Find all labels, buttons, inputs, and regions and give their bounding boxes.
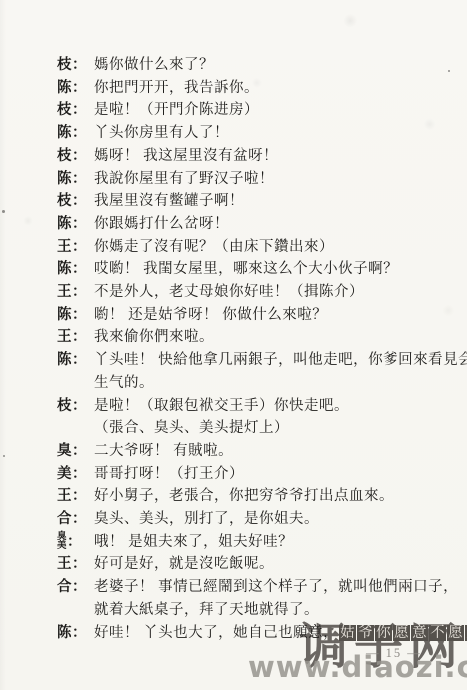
dialogue-text: 媽你做什么來了？	[94, 54, 461, 77]
speaker-label: 枝：	[57, 145, 94, 168]
dialogue-text: 就着大紙桌子，拜了天地就得了。	[94, 599, 461, 622]
speaker-label: 陈：	[57, 168, 94, 191]
dialogue-text: 哦！ 是姐夫來了，姐夫好哇？	[94, 531, 461, 554]
speaker-label: 枝：	[57, 54, 94, 77]
watermark-obscured-character: 意	[411, 625, 428, 641]
script-line: 合：臭头、美头，別打了，是你姐夫。	[57, 508, 461, 531]
dialogue-text: 哎喲！ 我閨女屋里，哪來这么个大小伙子啊？	[94, 258, 461, 281]
speaker-label: 美：	[57, 463, 94, 486]
script-line: 枝：媽呀！ 我这屋里沒有盆呀！	[57, 145, 461, 168]
dialogue-text: 喲！ 还是姑爷呀！ 你做什么來啦？	[94, 304, 461, 327]
script-line: 王：好可是好，就是沒吃飯呢。	[57, 553, 461, 576]
script-line: 合：老婆子！ 事情已經鬧到这个样子了，就叫他們兩口子，	[57, 576, 461, 599]
script-lines: 枝：媽你做什么來了？陈：你把門开开，我告訴你。枝：是啦！（开門介陈进房）陈：丫头…	[57, 54, 461, 644]
script-line: 陈：你把門开开，我告訴你。	[57, 77, 461, 100]
script-line: 臭：二大爷呀！ 有賊啦。	[57, 440, 461, 463]
speaker-label: 陈：	[57, 77, 94, 100]
speaker-label: 陈：	[57, 213, 94, 236]
script-line: 陈：你跟媽打什么岔呀！	[57, 213, 461, 236]
dialogue-text: 我說你屋里有了野汉子啦！	[94, 168, 461, 191]
script-line: 枝：媽你做什么來了？	[57, 54, 461, 77]
speaker-label: 陈：	[57, 122, 94, 145]
script-line: 陈：哎喲！ 我閨女屋里，哪來这么个大小伙子啊？	[57, 258, 461, 281]
script-line: 王：不是外人，老丈母娘你好哇！（揖陈介）	[57, 281, 461, 304]
dialogue-text: 好哇！ 丫头也大了，她自己也願意，姑爷你愿意不愿意	[94, 622, 467, 645]
dialogue-text: 不是外人，老丈母娘你好哇！（揖陈介）	[94, 281, 461, 304]
script-line: 美：哥哥打呀！（打王介）	[57, 463, 461, 486]
dialogue-text: 媽呀！ 我这屋里沒有盆呀！	[94, 145, 461, 168]
script-line: 王：我來偷你們來啦。	[57, 326, 461, 349]
speaker-label: 臭：	[57, 440, 94, 463]
dialogue-text: 好小舅子，老張合，你把穷爷爷打出点血來。	[94, 485, 461, 508]
script-line: 陈：我說你屋里有了野汉子啦！	[57, 168, 461, 191]
script-line: 枝：是啦！（取銀包袱交王手）你快走吧。	[57, 395, 461, 418]
dialogue-text: 哥哥打呀！（打王介）	[94, 463, 461, 486]
script-line: 陈：喲！ 还是姑爷呀！ 你做什么來啦？	[57, 304, 461, 327]
watermark-url-text: www.diaozi.com	[248, 650, 467, 684]
speaker-label: 合：	[57, 576, 94, 599]
speaker-label: 王：	[57, 485, 94, 508]
dialogue-text: 丫头哇！ 快給他拿几兩銀子，叫他走吧，你爹回來看見会	[94, 349, 467, 372]
watermark-obscured-character: 愿	[447, 625, 464, 641]
dialogue-text: 二大爷呀！ 有賊啦。	[94, 440, 461, 463]
dialogue-text: 你媽走了沒有呢？（由床下鑽出來）	[94, 236, 461, 259]
script-line-continuation: 生气的。	[57, 372, 461, 395]
dialogue-text: 好可是好，就是沒吃飯呢。	[94, 553, 461, 576]
dialogue-text: 是啦！（开門介陈进房）	[94, 99, 461, 122]
dialogue-text: 我屋里沒有鳖罐子啊！	[94, 190, 461, 213]
speaker-label: 陈：	[57, 622, 94, 645]
script-line: 陈：丫头哇！ 快給他拿几兩銀子，叫他走吧，你爹回來看見会	[57, 349, 461, 372]
dialogue-text: 丫头你房里有人了！	[94, 122, 461, 145]
scan-speck	[2, 210, 5, 213]
speaker-label: 枝：	[57, 99, 94, 122]
speaker-label: 王：	[57, 326, 94, 349]
script-line: 枝：是啦！（开門介陈进房）	[57, 99, 461, 122]
stacked-speaker-names: 臭美	[57, 533, 67, 552]
dialogue-text: 你跟媽打什么岔呀！	[94, 213, 461, 236]
script-line: 王：好小舅子，老張合，你把穷爷爷打出点血來。	[57, 485, 461, 508]
watermark-obscured-character: 爷	[357, 625, 374, 641]
speaker-label: 陈：	[57, 258, 94, 281]
speaker-label: 王：	[57, 236, 94, 259]
speaker-label: 王：	[57, 281, 94, 304]
speaker-label: 枝：	[57, 190, 94, 213]
speaker-label: 枝：	[57, 395, 94, 418]
dialogue-text: 你把門开开，我告訴你。	[94, 77, 461, 100]
scan-speck	[3, 455, 5, 457]
script-line-continuation: 就着大紙桌子，拜了天地就得了。	[57, 599, 461, 622]
dialogue-text: 我來偷你們來啦。	[94, 326, 461, 349]
watermark-obscured-character: 姑	[339, 625, 356, 641]
speaker-label: 臭美：	[57, 531, 94, 554]
script-line: 王：你媽走了沒有呢？（由床下鑽出來）	[57, 236, 461, 259]
script-line: 陈：好哇！ 丫头也大了，她自己也願意，姑爷你愿意不愿意	[57, 622, 461, 645]
script-line: 臭美：哦！ 是姐夫來了，姐夫好哇？	[57, 531, 461, 554]
script-line: 陈：丫头你房里有人了！	[57, 122, 461, 145]
watermark-obscured-character: 愿	[393, 625, 410, 641]
dialogue-text: 生气的。	[94, 372, 461, 395]
watermark-obscured-character: 你	[375, 625, 392, 641]
speaker-label: 王：	[57, 553, 94, 576]
dialogue-text: 臭头、美头，別打了，是你姐夫。	[94, 508, 461, 531]
scanned-script-page: 调子网 — 15 — www.diaozi.com 枝：媽你做什么來了？陈：你把…	[0, 0, 467, 690]
speaker-label: 合：	[57, 508, 94, 531]
speaker-label: 陈：	[57, 349, 94, 372]
dialogue-text: （張合、臭头、美头提灯上）	[94, 417, 461, 440]
dialogue-text: 是啦！（取銀包袱交王手）你快走吧。	[94, 395, 461, 418]
script-line: 枝：我屋里沒有鳖罐子啊！	[57, 190, 461, 213]
dialogue-text: 老婆子！ 事情已經鬧到这个样子了，就叫他們兩口子，	[94, 576, 461, 599]
speaker-label: 陈：	[57, 304, 94, 327]
watermark-obscured-character: 不	[429, 625, 446, 641]
script-line-continuation: （張合、臭头、美头提灯上）	[57, 417, 461, 440]
